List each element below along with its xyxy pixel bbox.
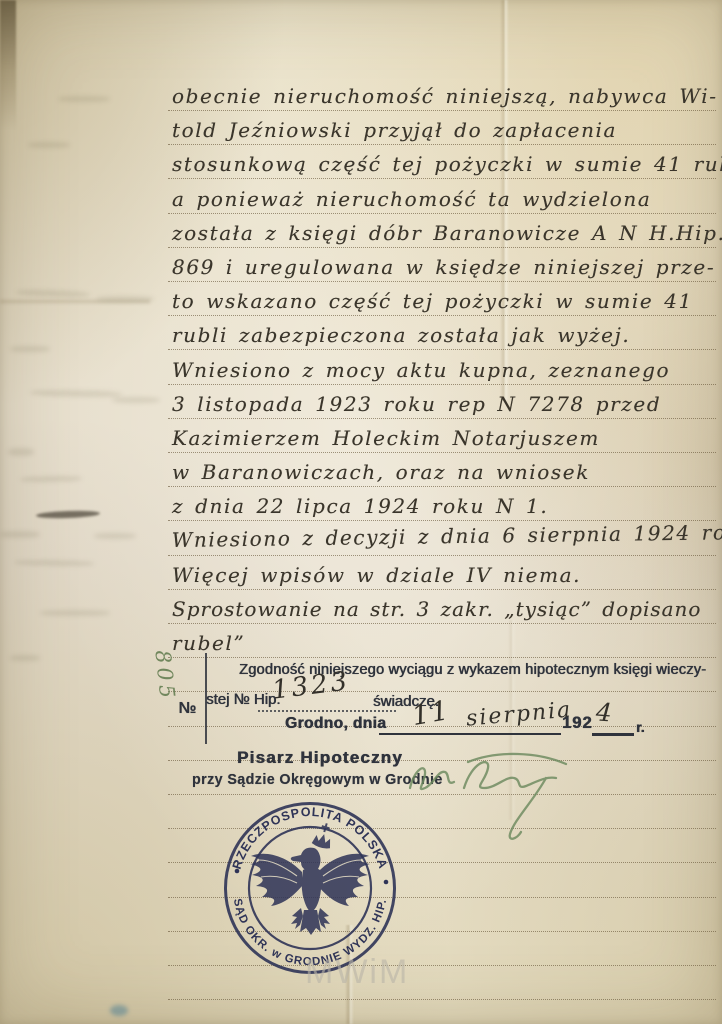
handwriting-line: Sprostowanie na str. 3 zakr. „tysiąc” do… (172, 592, 720, 626)
year-printed: 192 (562, 714, 593, 733)
bleed-through-mark (94, 533, 136, 539)
handwriting-line: Więcej wpisów w dziale IV niema. (172, 558, 720, 592)
bleed-through-mark (20, 475, 82, 482)
polish-eagle-icon (250, 821, 370, 935)
year-underline (592, 733, 634, 736)
bleed-through-mark (40, 610, 110, 616)
bleed-through-mark (58, 96, 110, 102)
registry-number-label: № (178, 700, 196, 717)
seal-separator-dot (235, 869, 240, 874)
handwriting-line: told Jeźniowski przyjął do zapłacenia (172, 113, 720, 147)
handwriting-line: 869 i uregulowana w księdze niniejszej p… (172, 250, 720, 284)
handwriting-line: Wniesiono z decyzji z dnia 6 sierpnia 19… (172, 516, 720, 558)
date-day-handwritten: 11 (410, 695, 453, 732)
handwriting-line: stosunkową część tej pożyczki w sumie 41… (172, 147, 720, 181)
year-suffix: r. (636, 719, 645, 735)
bleed-through-mark (0, 531, 40, 538)
year-digit-handwritten: 4 (595, 697, 613, 727)
handwriting-line: Kazimierzem Holeckim Notarjuszem (172, 421, 720, 455)
handwriting-line: Wniesiono z mocy aktu kupna, zeznanego (172, 353, 720, 387)
bleed-through-mark (112, 397, 160, 403)
handwriting-line: rubel” (172, 626, 720, 660)
handwriting-line: to wskazano część tej pożyczki w sumie 4… (172, 284, 720, 318)
bleed-through-mark (10, 655, 40, 661)
ink-smudge (36, 510, 100, 519)
bleed-through-mark (10, 346, 50, 352)
handwriting-line: w Baranowiczach, oraz na wniosek (172, 455, 720, 489)
handwriting-line: rubli zabezpieczona została jak wyżej. (172, 318, 720, 352)
handwriting-line: została z księgi dóbr Baranowicze A N H.… (172, 216, 720, 250)
watermark: MWiM (305, 953, 409, 992)
paper-stain (0, 0, 16, 130)
handwriting-line: obecnie nieruchomość niniejszą, nabywca … (172, 79, 720, 113)
seal-separator-dot (384, 880, 389, 885)
ruled-line (168, 999, 716, 1000)
signature (398, 736, 588, 841)
handwriting-line: a ponieważ nieruchomość ta wydzielona (172, 182, 720, 216)
bleed-through-mark (28, 142, 70, 148)
handwriting-line: 3 listopada 1923 roku rep N 7278 przed (172, 387, 720, 421)
handwritten-entries: obecnie nieruchomość niniejszą, nabywca … (172, 79, 720, 660)
bleed-through-mark (16, 289, 90, 299)
document-page: obecnie nieruchomość niniejszą, nabywca … (0, 0, 722, 1024)
bleed-through-mark (96, 296, 154, 302)
bleed-through-mark (14, 559, 94, 566)
ink-smudge (110, 1005, 128, 1016)
place-date-label: Grodno, dnia (285, 715, 386, 733)
signer-title: Pisarz Hipoteczny (237, 748, 403, 768)
bleed-through-mark (30, 389, 122, 398)
bleed-through-mark (8, 448, 34, 456)
